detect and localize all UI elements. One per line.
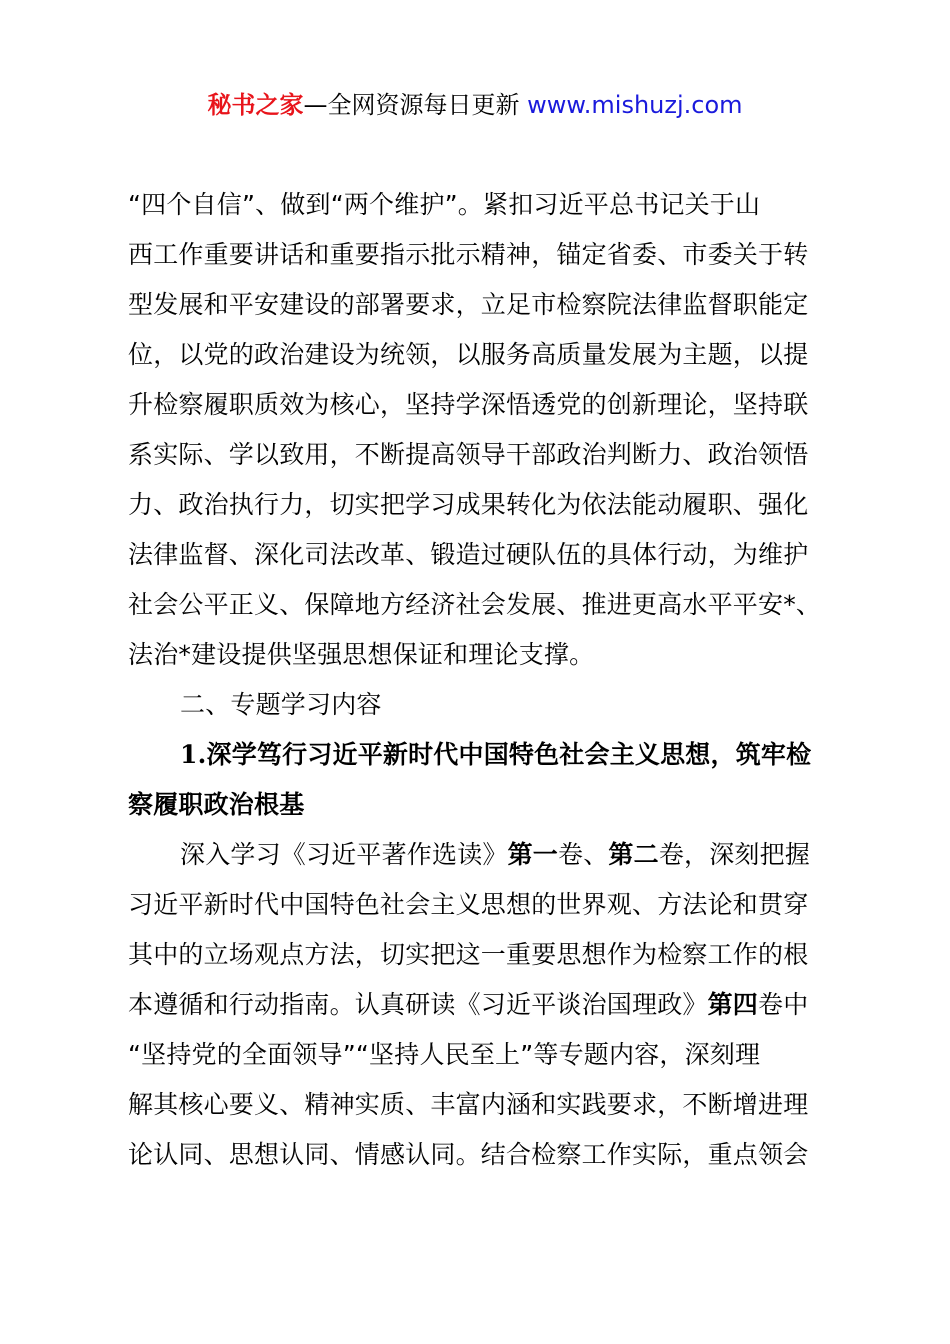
text-line: 习近平新时代中国特色社会主义思想的世界观、方法论和贯穿 (128, 880, 832, 930)
document-body: “四个自信”、做到“两个维护”。紧扣习近平总书记关于山 西工作重要讲话和重要指示… (128, 180, 832, 1180)
subheading-line: 察履职政治根基 (128, 780, 832, 830)
text-line: “四个自信”、做到“两个维护”。紧扣习近平总书记关于山 (128, 180, 832, 230)
site-url-link[interactable]: www.mishuzj.com (527, 91, 742, 119)
text-line: 系实际、学以致用，不断提高领导干部政治判断力、政治领悟 (128, 430, 832, 480)
text-line: 升检察履职质效为核心，坚持学深悟透党的创新理论，坚持联 (128, 380, 832, 430)
text-line: 法治*建设提供坚强思想保证和理论支撑。 (128, 630, 832, 680)
text-line: 力、政治执行力，切实把学习成果转化为依法能动履职、强化 (128, 480, 832, 530)
text-span: 卷中 (758, 990, 808, 1019)
header-slogan: —全网资源每日更新 (303, 91, 519, 119)
brand-name: 秘书之家 (207, 91, 303, 119)
text-line: 型发展和平安建设的部署要求，立足市检察院法律监督职能定 (128, 280, 832, 330)
subheading-line: 1.深学笃行习近平新时代中国特色社会主义思想，筑牢检 (128, 730, 832, 780)
text-line: “坚持党的全面领导”“坚持人民至上”等专题内容，深刻理 (128, 1030, 832, 1080)
bold-text: 第二 (608, 840, 658, 869)
text-span: 卷，深刻把握 (659, 840, 810, 869)
text-span: 本遵循和行动指南。认真研读《习近平谈治国理政》 (128, 990, 708, 1019)
text-line: 论认同、思想认同、情感认同。结合检察工作实际，重点领会 (128, 1130, 832, 1180)
text-line: 其中的立场观点方法，切实把这一重要思想作为检察工作的根 (128, 930, 832, 980)
bold-text: 第四 (708, 990, 758, 1019)
text-line: 位，以党的政治建设为统领，以服务高质量发展为主题，以提 (128, 330, 832, 380)
text-line: 西工作重要讲话和重要指示批示精神，锚定省委、市委关于转 (128, 230, 832, 280)
text-line: 社会公平正义、保障地方经济社会发展、推进更高水平平安*、 (128, 580, 832, 630)
bold-text: 第一 (508, 840, 558, 869)
section-heading: 二、专题学习内容 (128, 680, 832, 730)
text-span: 卷、 (558, 840, 608, 869)
site-header: 秘书之家—全网资源每日更新 www.mishuzj.com (0, 88, 950, 122)
text-line: 本遵循和行动指南。认真研读《习近平谈治国理政》第四卷中 (128, 980, 832, 1030)
text-line: 解其核心要义、精神实质、丰富内涵和实践要求，不断增进理 (128, 1080, 832, 1130)
text-line: 法律监督、深化司法改革、锻造过硬队伍的具体行动，为维护 (128, 530, 832, 580)
text-line: 深入学习《习近平著作选读》第一卷、第二卷，深刻把握 (128, 830, 832, 880)
text-span: 深入学习《习近平著作选读》 (180, 840, 508, 869)
